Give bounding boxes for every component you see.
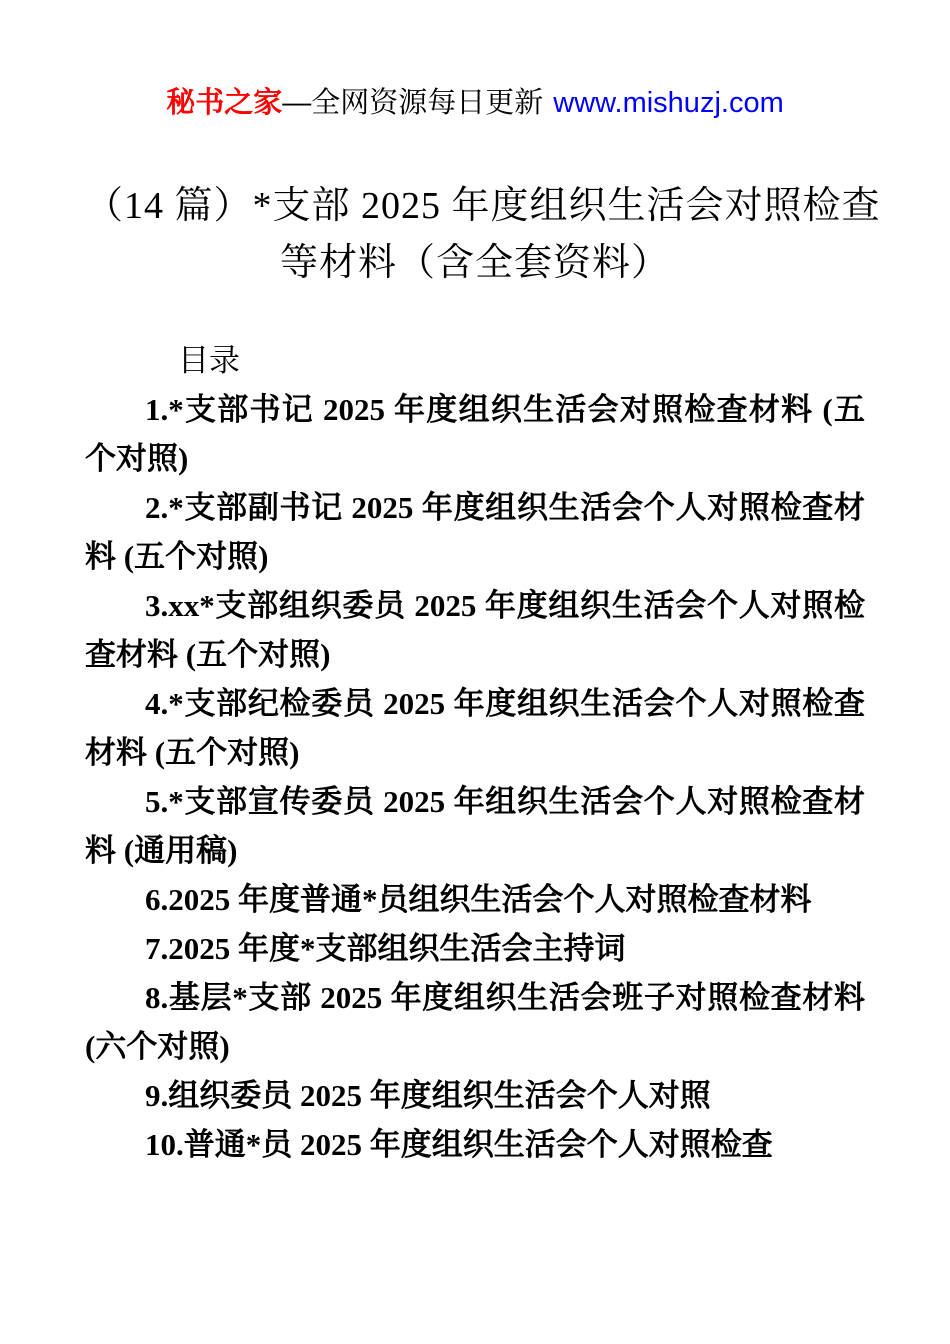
toc-item-5: 5.*支部宣传委员 2025 年组织生活会个人对照检查材料 (通用稿) (85, 777, 865, 875)
toc-item-3: 3.xx*支部组织委员 2025 年度组织生活会个人对照检查材料 (五个对照) (85, 581, 865, 679)
document-title-line-2: 等材料（含全套资料） (85, 235, 865, 292)
toc-item-2: 2.*支部副书记 2025 年度组织生活会个人对照检查材料 (五个对照) (85, 483, 865, 581)
toc-item-8: 8.基层*支部 2025 年度组织生活会班子对照检查材料 (六个对照) (85, 973, 865, 1071)
toc-item-1: 1.*支部书记 2025 年度组织生活会对照检查材料 (五个对照) (85, 385, 865, 483)
site-tagline: 全网资源每日更新 (311, 87, 543, 119)
toc-item-7: 7.2025 年度*支部组织生活会主持词 (85, 924, 865, 973)
toc-item-10: 10.普通*员 2025 年度组织生活会个人对照检查 (85, 1120, 865, 1169)
toc-item-6: 6.2025 年度普通*员组织生活会个人对照检查材料 (85, 875, 865, 924)
toc-item-4: 4.*支部纪检委员 2025 年度组织生活会个人对照检查材料 (五个对照) (85, 679, 865, 777)
table-of-contents: 目录 1.*支部书记 2025 年度组织生活会对照检查材料 (五个对照) 2.*… (85, 336, 865, 1169)
brand-dash: — (282, 87, 311, 119)
site-brand: 秘书之家 (166, 87, 282, 119)
document-page: 秘书之家—全网资源每日更新www.mishuzj.com （14 篇）*支部 2… (0, 0, 950, 1344)
document-title: （14 篇）*支部 2025 年度组织生活会对照检查 等材料（含全套资料） (85, 178, 865, 292)
site-header: 秘书之家—全网资源每日更新www.mishuzj.com (0, 84, 950, 122)
site-url-link[interactable]: www.mishuzj.com (553, 87, 783, 119)
toc-item-9: 9.组织委员 2025 年度组织生活会个人对照 (85, 1071, 865, 1120)
toc-heading: 目录 (85, 336, 865, 385)
document-body: （14 篇）*支部 2025 年度组织生活会对照检查 等材料（含全套资料） 目录… (0, 178, 950, 1169)
document-title-line-1: （14 篇）*支部 2025 年度组织生活会对照检查 (85, 178, 865, 235)
